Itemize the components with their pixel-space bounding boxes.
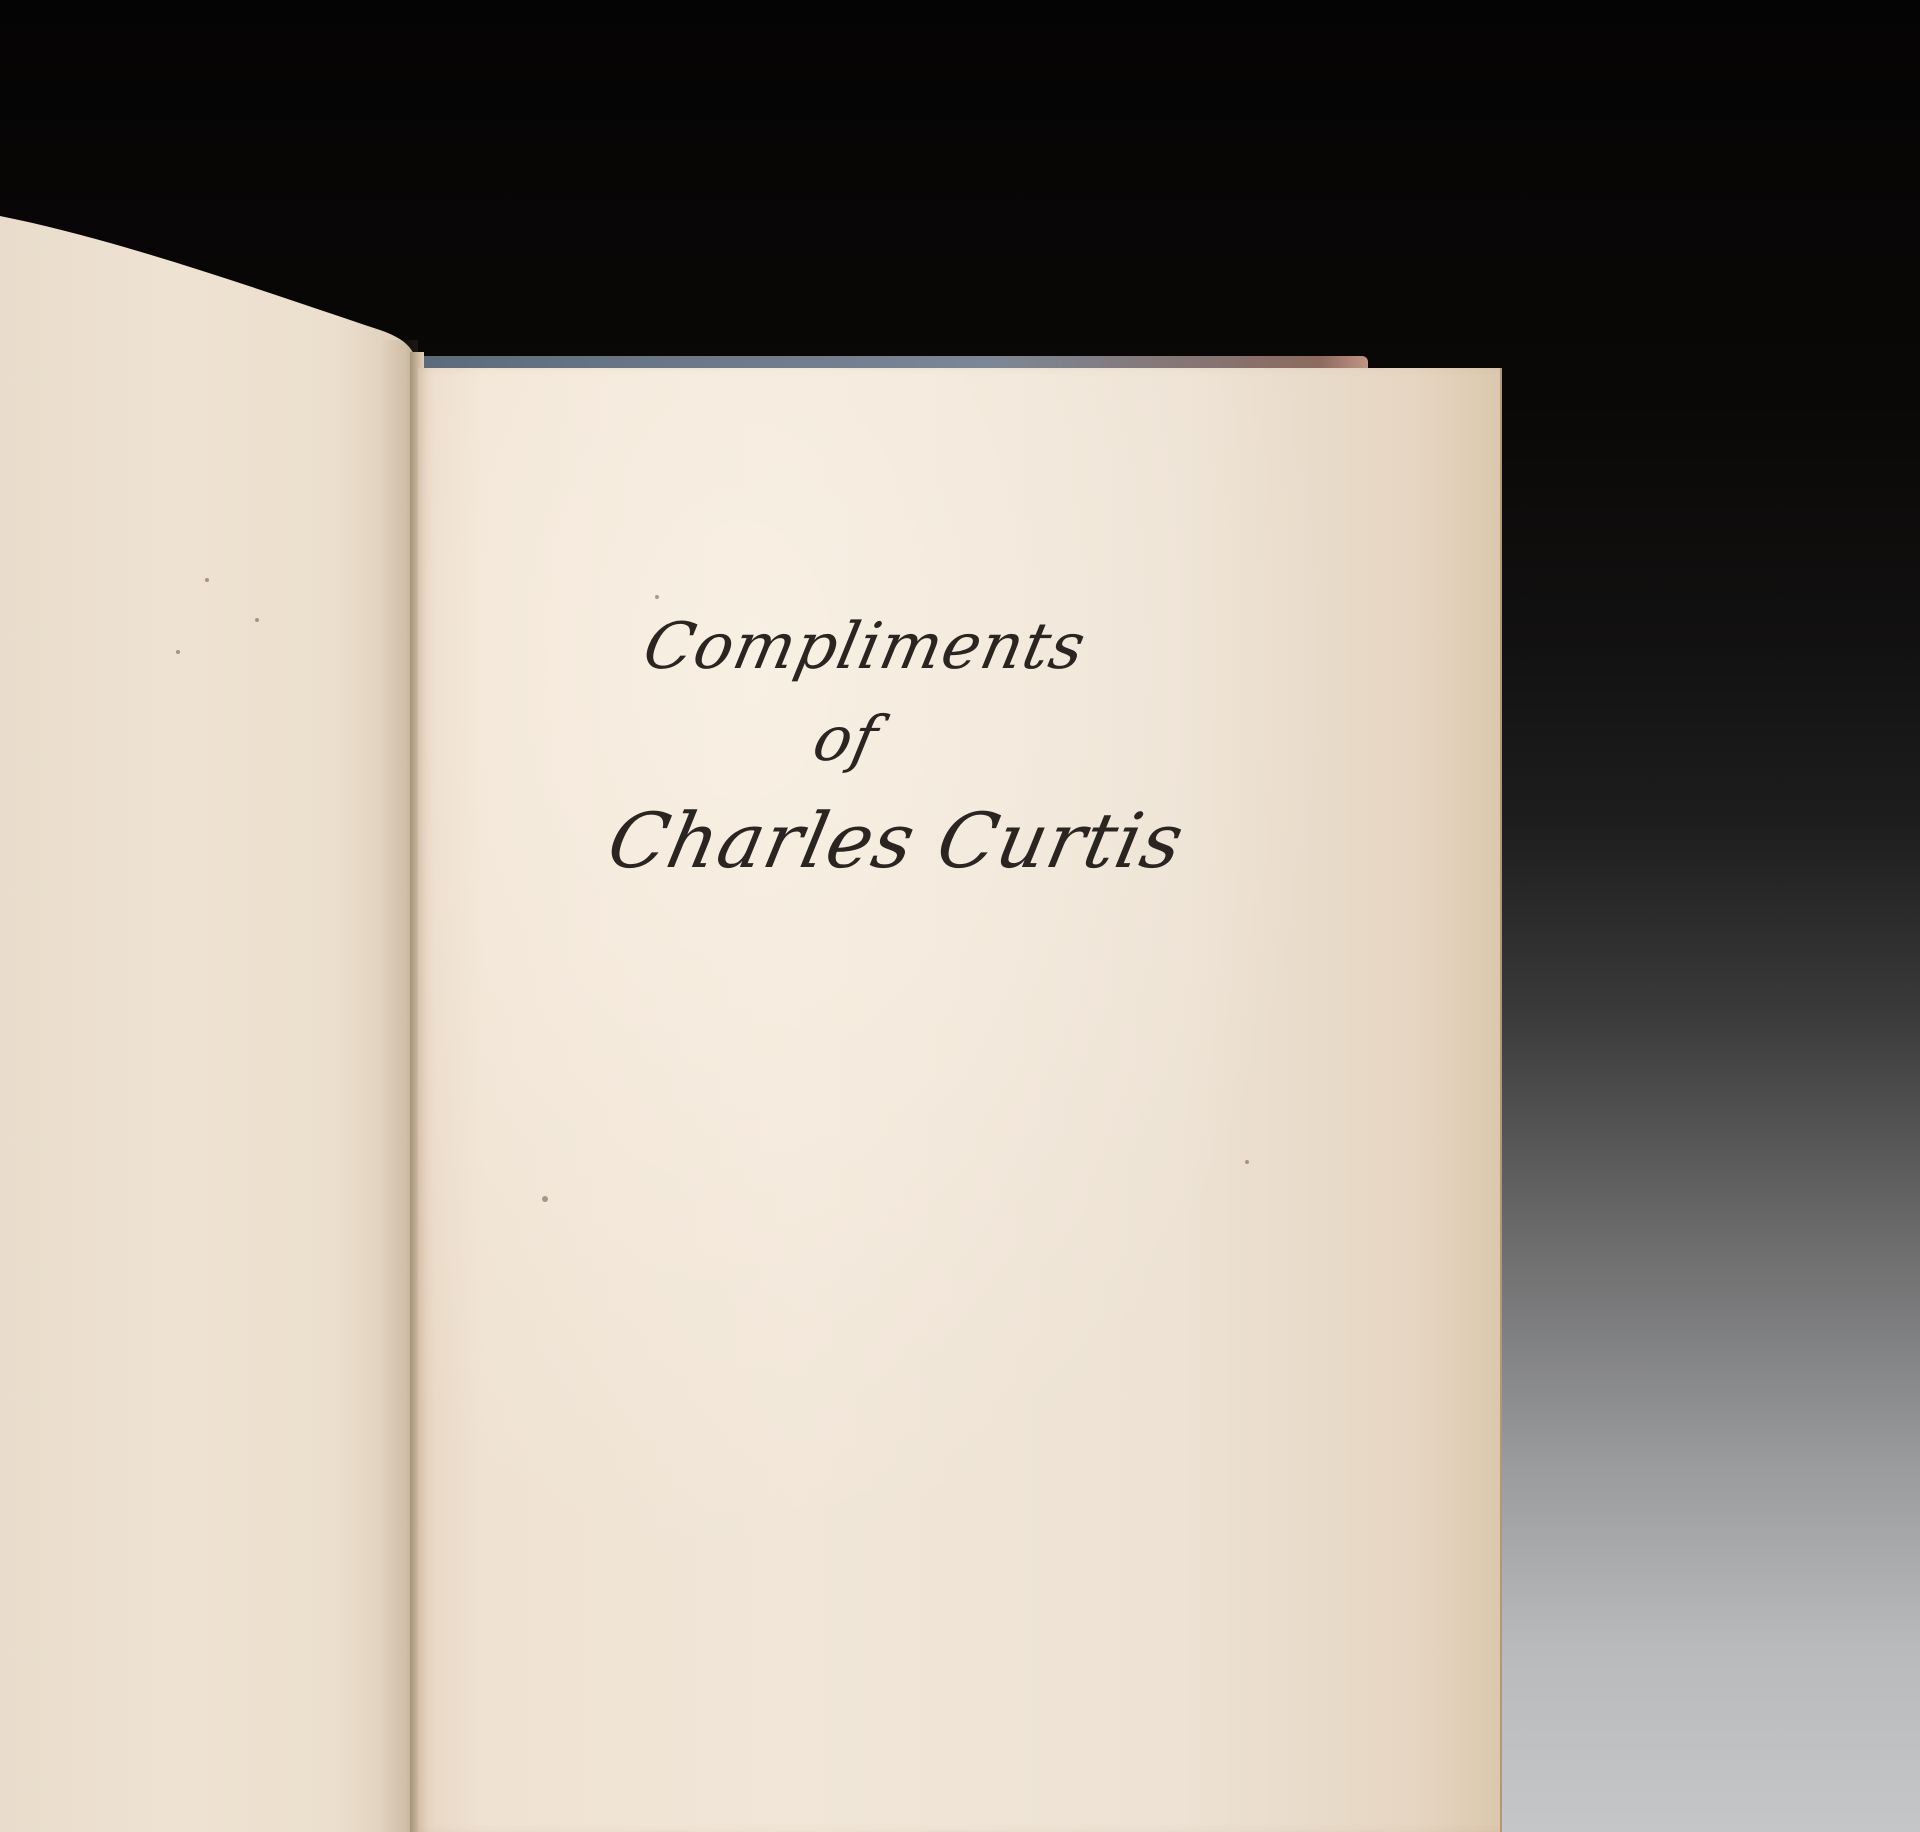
foxing-speck — [205, 578, 209, 582]
right-page-endpaper — [418, 368, 1502, 1832]
foxing-speck — [176, 650, 180, 654]
inscription-line-of: of — [807, 702, 885, 775]
inscription-line-compliments: Compliments — [637, 610, 1092, 684]
foxing-speck — [542, 1196, 548, 1202]
book-photograph: Compliments of Charles Curtis — [0, 0, 1920, 1832]
foxing-speck — [1245, 1160, 1249, 1164]
handwritten-inscription: Compliments of Charles Curtis — [600, 590, 1300, 910]
foxing-speck — [255, 618, 259, 622]
inscription-signature: Charles Curtis — [601, 796, 1192, 885]
left-page — [0, 0, 418, 1832]
